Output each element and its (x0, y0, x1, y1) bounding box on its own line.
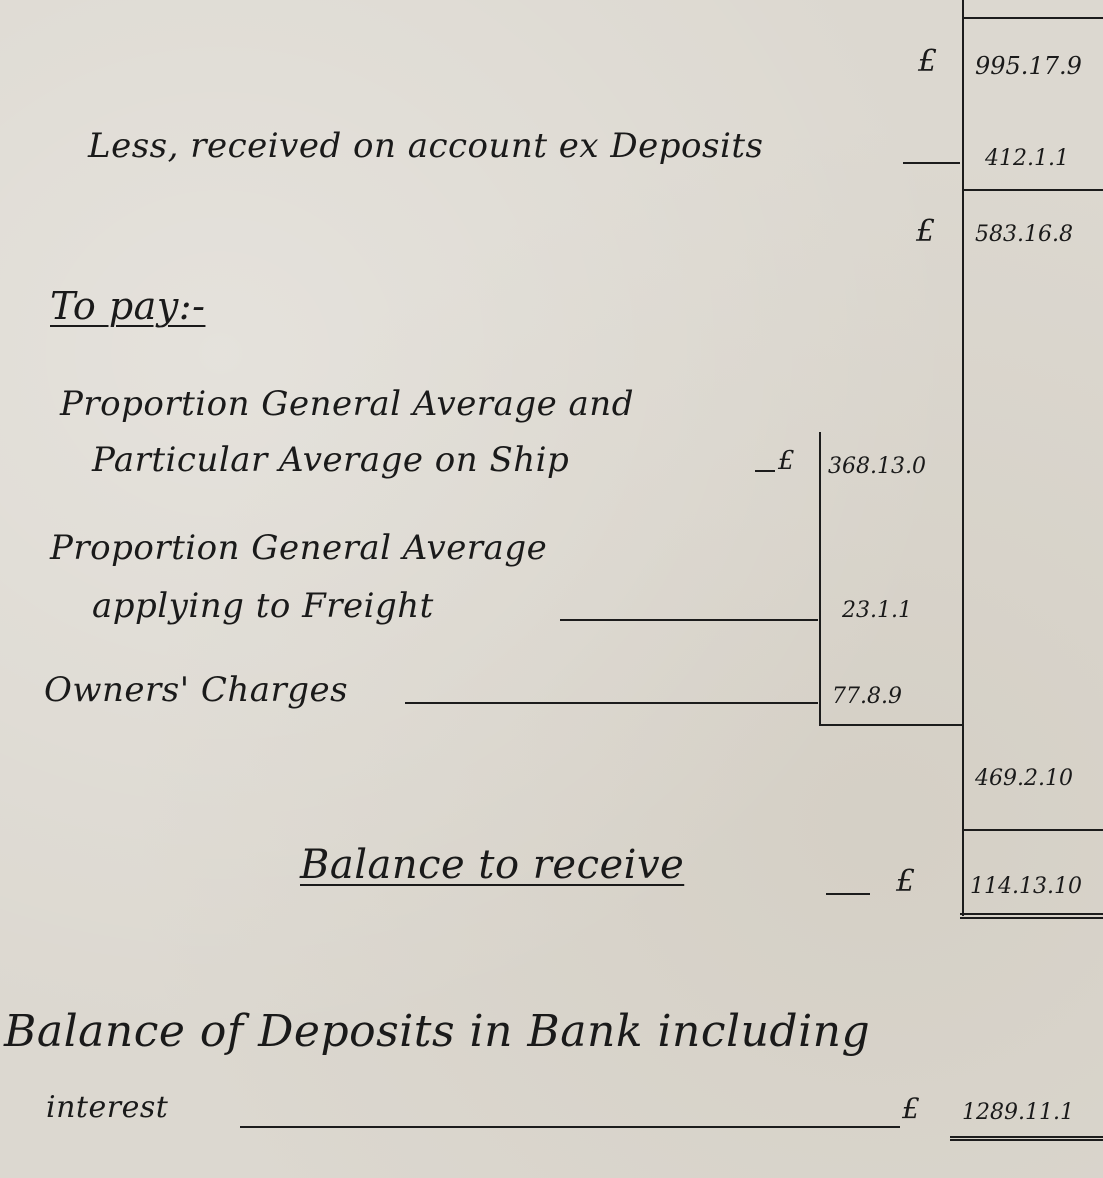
top-rule (964, 17, 1103, 19)
item-2-line2: applying to Freight (92, 586, 434, 626)
pound-sign: £ (918, 44, 937, 79)
balance-to-receive-label: Balance to receive (300, 842, 684, 888)
balance-to-receive-amount: 114.13.10 (970, 874, 1082, 899)
to-pay-heading: To pay:- (50, 284, 205, 328)
top-total-amount: 995.17.9 (975, 52, 1082, 80)
to-pay-total-amount: 469.2.10 (975, 766, 1073, 791)
leader-line (240, 1126, 900, 1128)
item-1-amount: 368.13.0 (828, 454, 926, 479)
inner-bottom-rule (819, 724, 964, 726)
subtotal-rule (964, 189, 1103, 191)
bank-balance-amount: 1289.11.1 (962, 1100, 1074, 1125)
inner-column-rule (819, 432, 821, 726)
leader-line (826, 893, 870, 895)
less-received-amount: 412.1.1 (985, 146, 1069, 171)
item-2-amount: 23.1.1 (842, 598, 912, 623)
leader-line (405, 702, 818, 704)
bank-balance-line1: Balance of Deposits in Bank including (4, 1006, 870, 1057)
pound-sign: £ (778, 446, 795, 476)
double-rule (960, 913, 1103, 919)
bank-balance-line2: interest (46, 1090, 168, 1125)
leader-line (560, 619, 818, 621)
pound-sign: £ (902, 1092, 920, 1125)
item-3-amount: 77.8.9 (832, 684, 902, 709)
subtotal-amount: 583.16.8 (975, 222, 1073, 247)
balance-rule (964, 829, 1103, 831)
pound-sign: £ (916, 214, 935, 249)
item-2-line1: Proportion General Average (50, 528, 547, 568)
right-column-rule (962, 0, 964, 916)
leader-line (755, 470, 775, 472)
leader-line (903, 162, 960, 164)
item-1-line2: Particular Average on Ship (92, 440, 569, 480)
pound-sign: £ (896, 864, 915, 899)
item-1-line1: Proportion General Average and (60, 384, 634, 424)
item-3-line1: Owners' Charges (44, 670, 348, 710)
less-received-label: Less, received on account ex Deposits (88, 126, 763, 166)
double-rule (950, 1136, 1103, 1141)
